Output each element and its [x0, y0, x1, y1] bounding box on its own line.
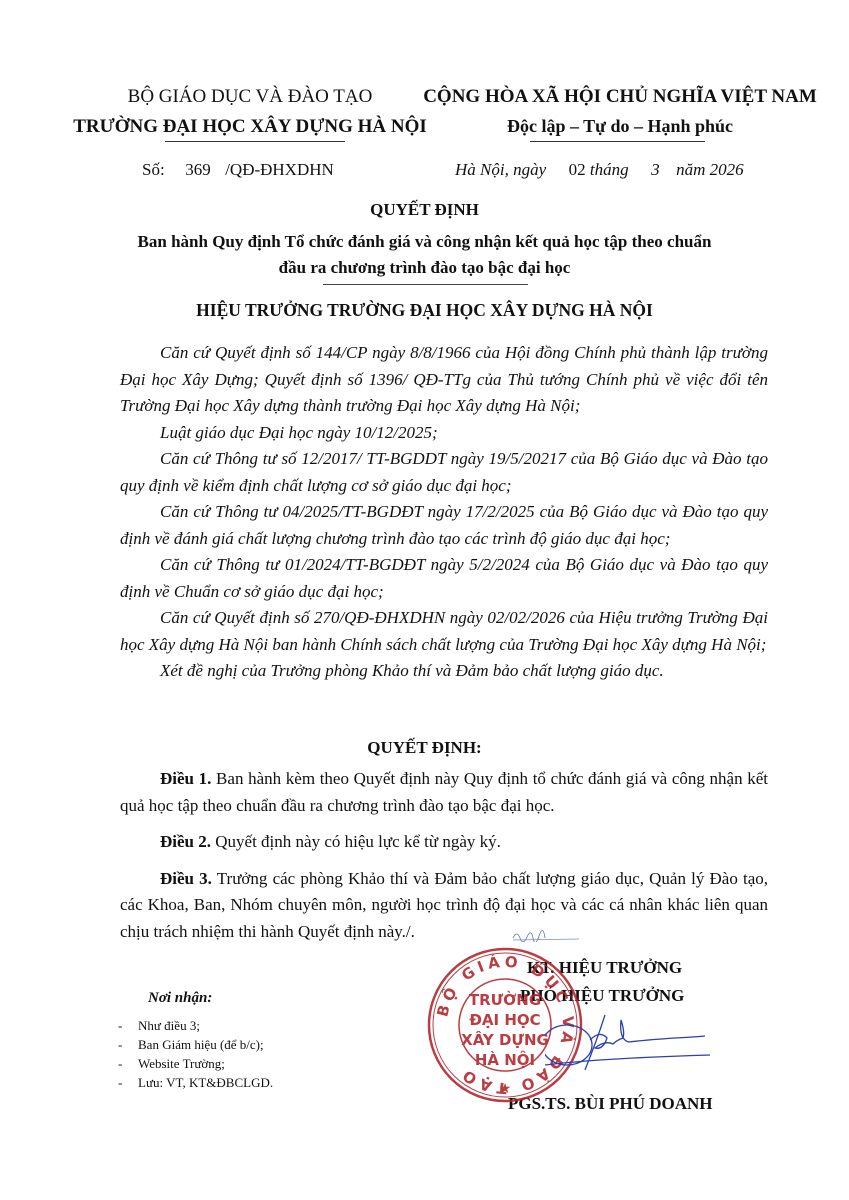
svg-text:HÀ NỘI: HÀ NỘI [475, 1049, 535, 1069]
recipient-item: Lưu: VT, KT&ĐBCLGD. [118, 1073, 273, 1092]
svg-text:TRƯỜNG: TRƯỜNG [469, 990, 541, 1009]
preamble-item: Căn cứ Thông tư số 12/2017/ TT-BGDDT ngà… [120, 446, 768, 499]
article-3: Điều 3. Trưởng các phòng Khảo thí và Đảm… [120, 866, 768, 946]
university-name: TRƯỜNG ĐẠI HỌC XÂY DỰNG HÀ NỘI [70, 116, 430, 138]
preamble: Căn cứ Quyết định số 144/CP ngày 8/8/196… [120, 340, 768, 685]
article-1: Điều 1. Ban hành kèm theo Quyết định này… [120, 766, 768, 819]
document-type: QUYẾT ĐỊNH [0, 200, 849, 220]
article-text: Trưởng các phòng Khảo thí và Đảm bảo chấ… [120, 869, 768, 941]
issuing-authority: HIỆU TRƯỞNG TRƯỜNG ĐẠI HỌC XÂY DỰNG HÀ N… [0, 300, 849, 321]
article-label: Điều 3. [160, 869, 212, 888]
national-motto: Độc lập – Tự do – Hạnh phúc [420, 116, 820, 137]
preamble-item: Xét đề nghị của Trưởng phòng Khảo thí và… [120, 658, 768, 685]
preamble-item: Luật giáo dục Đại học ngày 10/12/2025; [120, 420, 768, 447]
preamble-item: Căn cứ Quyết định số 270/QĐ-ĐHXDHN ngày … [120, 605, 768, 658]
ministry-name: BỘ GIÁO DỤC VÀ ĐÀO TẠO [100, 86, 400, 108]
preamble-item: Căn cứ Thông tư 01/2024/TT-BGDĐT ngày 5/… [120, 552, 768, 605]
subject-line-1: Ban hành Quy định Tổ chức đánh giá và cô… [0, 232, 849, 252]
article-text: Quyết định này có hiệu lực kể từ ngày ký… [211, 832, 501, 851]
handwritten-signature [545, 1010, 715, 1080]
date-month: 3 [651, 160, 660, 179]
article-label: Điều 2. [160, 832, 211, 851]
number-value: 369 [185, 160, 211, 180]
recipient-item: Ban Giám hiệu (để b/c); [118, 1035, 273, 1054]
article-text: Ban hành kèm theo Quyết định này Quy địn… [120, 769, 768, 815]
number-label: Số: [142, 160, 165, 180]
recipient-item: Website Trường; [118, 1054, 273, 1073]
date-month-label: tháng [590, 160, 629, 179]
initials-scribble [511, 928, 581, 942]
preamble-item: Căn cứ Quyết định số 144/CP ngày 8/8/196… [120, 340, 768, 420]
header-left-underline [165, 141, 345, 142]
svg-text:★: ★ [499, 1082, 512, 1097]
title-underline [323, 284, 528, 285]
number-suffix: /QĐ-ĐHXDHN [225, 160, 334, 180]
preamble-item: Căn cứ Thông tư 04/2025/TT-BGDĐT ngày 17… [120, 499, 768, 552]
country-name: CỘNG HÒA XÃ HỘI CHỦ NGHĨA VIỆT NAM [420, 86, 820, 108]
recipients-heading: Nơi nhận: [148, 990, 212, 1007]
subject-line-2: đầu ra chương trình đào tạo bậc đại học [0, 258, 849, 278]
document-number: Số: 369 /QĐ-ĐHXDHN [142, 160, 334, 180]
articles: Điều 1. Ban hành kèm theo Quyết định này… [120, 766, 768, 955]
article-2: Điều 2. Quyết định này có hiệu lực kể từ… [120, 829, 768, 856]
header-right-underline [530, 141, 705, 142]
recipient-item: Như điều 3; [118, 1016, 273, 1035]
date-day: 02 [569, 160, 586, 179]
svg-text:XÂY DỰNG: XÂY DỰNG [461, 1030, 549, 1049]
recipients-list: Như điều 3; Ban Giám hiệu (để b/c); Webs… [118, 1016, 273, 1092]
article-label: Điều 1. [160, 769, 211, 788]
date-place: Hà Nội, ngày [455, 160, 546, 179]
date-year: năm 2026 [676, 160, 744, 179]
svg-text:ĐẠI HỌC: ĐẠI HỌC [469, 1011, 540, 1029]
decision-heading: QUYẾT ĐỊNH: [0, 738, 849, 758]
document-date: Hà Nội, ngày 02 tháng 3 năm 2026 [455, 160, 744, 180]
